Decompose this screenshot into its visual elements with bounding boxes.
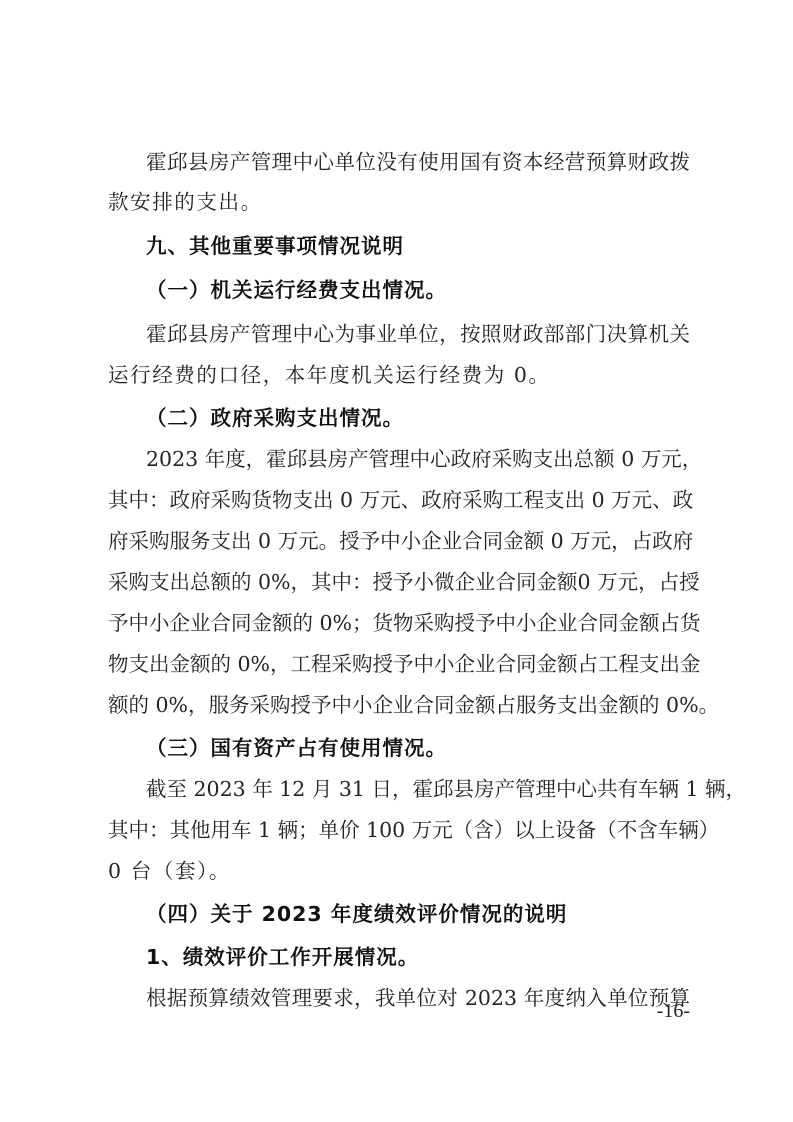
section-heading: （三）国有资产占有使用情况。	[146, 736, 447, 760]
section-heading: （四）关于 2023 年度绩效评价情况的说明	[146, 902, 567, 926]
paragraph-line: 额的 0%，服务采购授予中小企业合同金额占服务支出金额的 0%。	[108, 693, 690, 717]
section-heading: 1、绩效评价工作开展情况。	[146, 945, 419, 969]
section-heading: （一）机关运行经费支出情况。	[146, 278, 447, 302]
paragraph-line: 运行经费的口径，本年度机关运行经费为 0。	[108, 363, 551, 387]
paragraph-line: 根据预算绩效管理要求，我单位对 2023 年度纳入单位预算	[146, 986, 690, 1010]
paragraph-line: 款安排的支出。	[108, 190, 263, 214]
paragraph-line: 霍邱县房产管理中心单位没有使用国有资本经营预算财政拨	[146, 150, 690, 174]
paragraph-line: 物支出金额的 0%，工程采购授予中小企业合同金额占工程支出金	[108, 652, 690, 676]
section-heading: （二）政府采购支出情况。	[146, 406, 404, 430]
paragraph-line: 截至 2023 年 12 月 31 日，霍邱县房产管理中心共有车辆 1 辆，	[146, 777, 690, 801]
paragraph-line: 予中小企业合同金额的 0%；货物采购授予中小企业合同金额占货	[108, 611, 690, 635]
paragraph-line: 其中：政府采购货物支出 0 万元、政府采购工程支出 0 万元、政	[108, 488, 690, 512]
paragraph-line: 其中：其他用车 1 辆；单价 100 万元（含）以上设备（不含车辆）	[108, 818, 690, 842]
section-heading: 九、其他重要事项情况说明	[146, 234, 404, 258]
page-number: -16-	[657, 1000, 690, 1023]
paragraph-line: 府采购服务支出 0 万元。授予中小企业合同金额 0 万元，占政府	[108, 529, 690, 553]
paragraph-line: 0 台（套）。	[108, 859, 231, 883]
paragraph-line: 2023 年度，霍邱县房产管理中心政府采购支出总额 0 万元，	[146, 447, 690, 471]
paragraph-line: 霍邱县房产管理中心为事业单位，按照财政部部门决算机关	[146, 322, 690, 346]
paragraph-line: 采购支出总额的 0%，其中：授予小微企业合同金额0 万元，占授	[108, 570, 690, 594]
